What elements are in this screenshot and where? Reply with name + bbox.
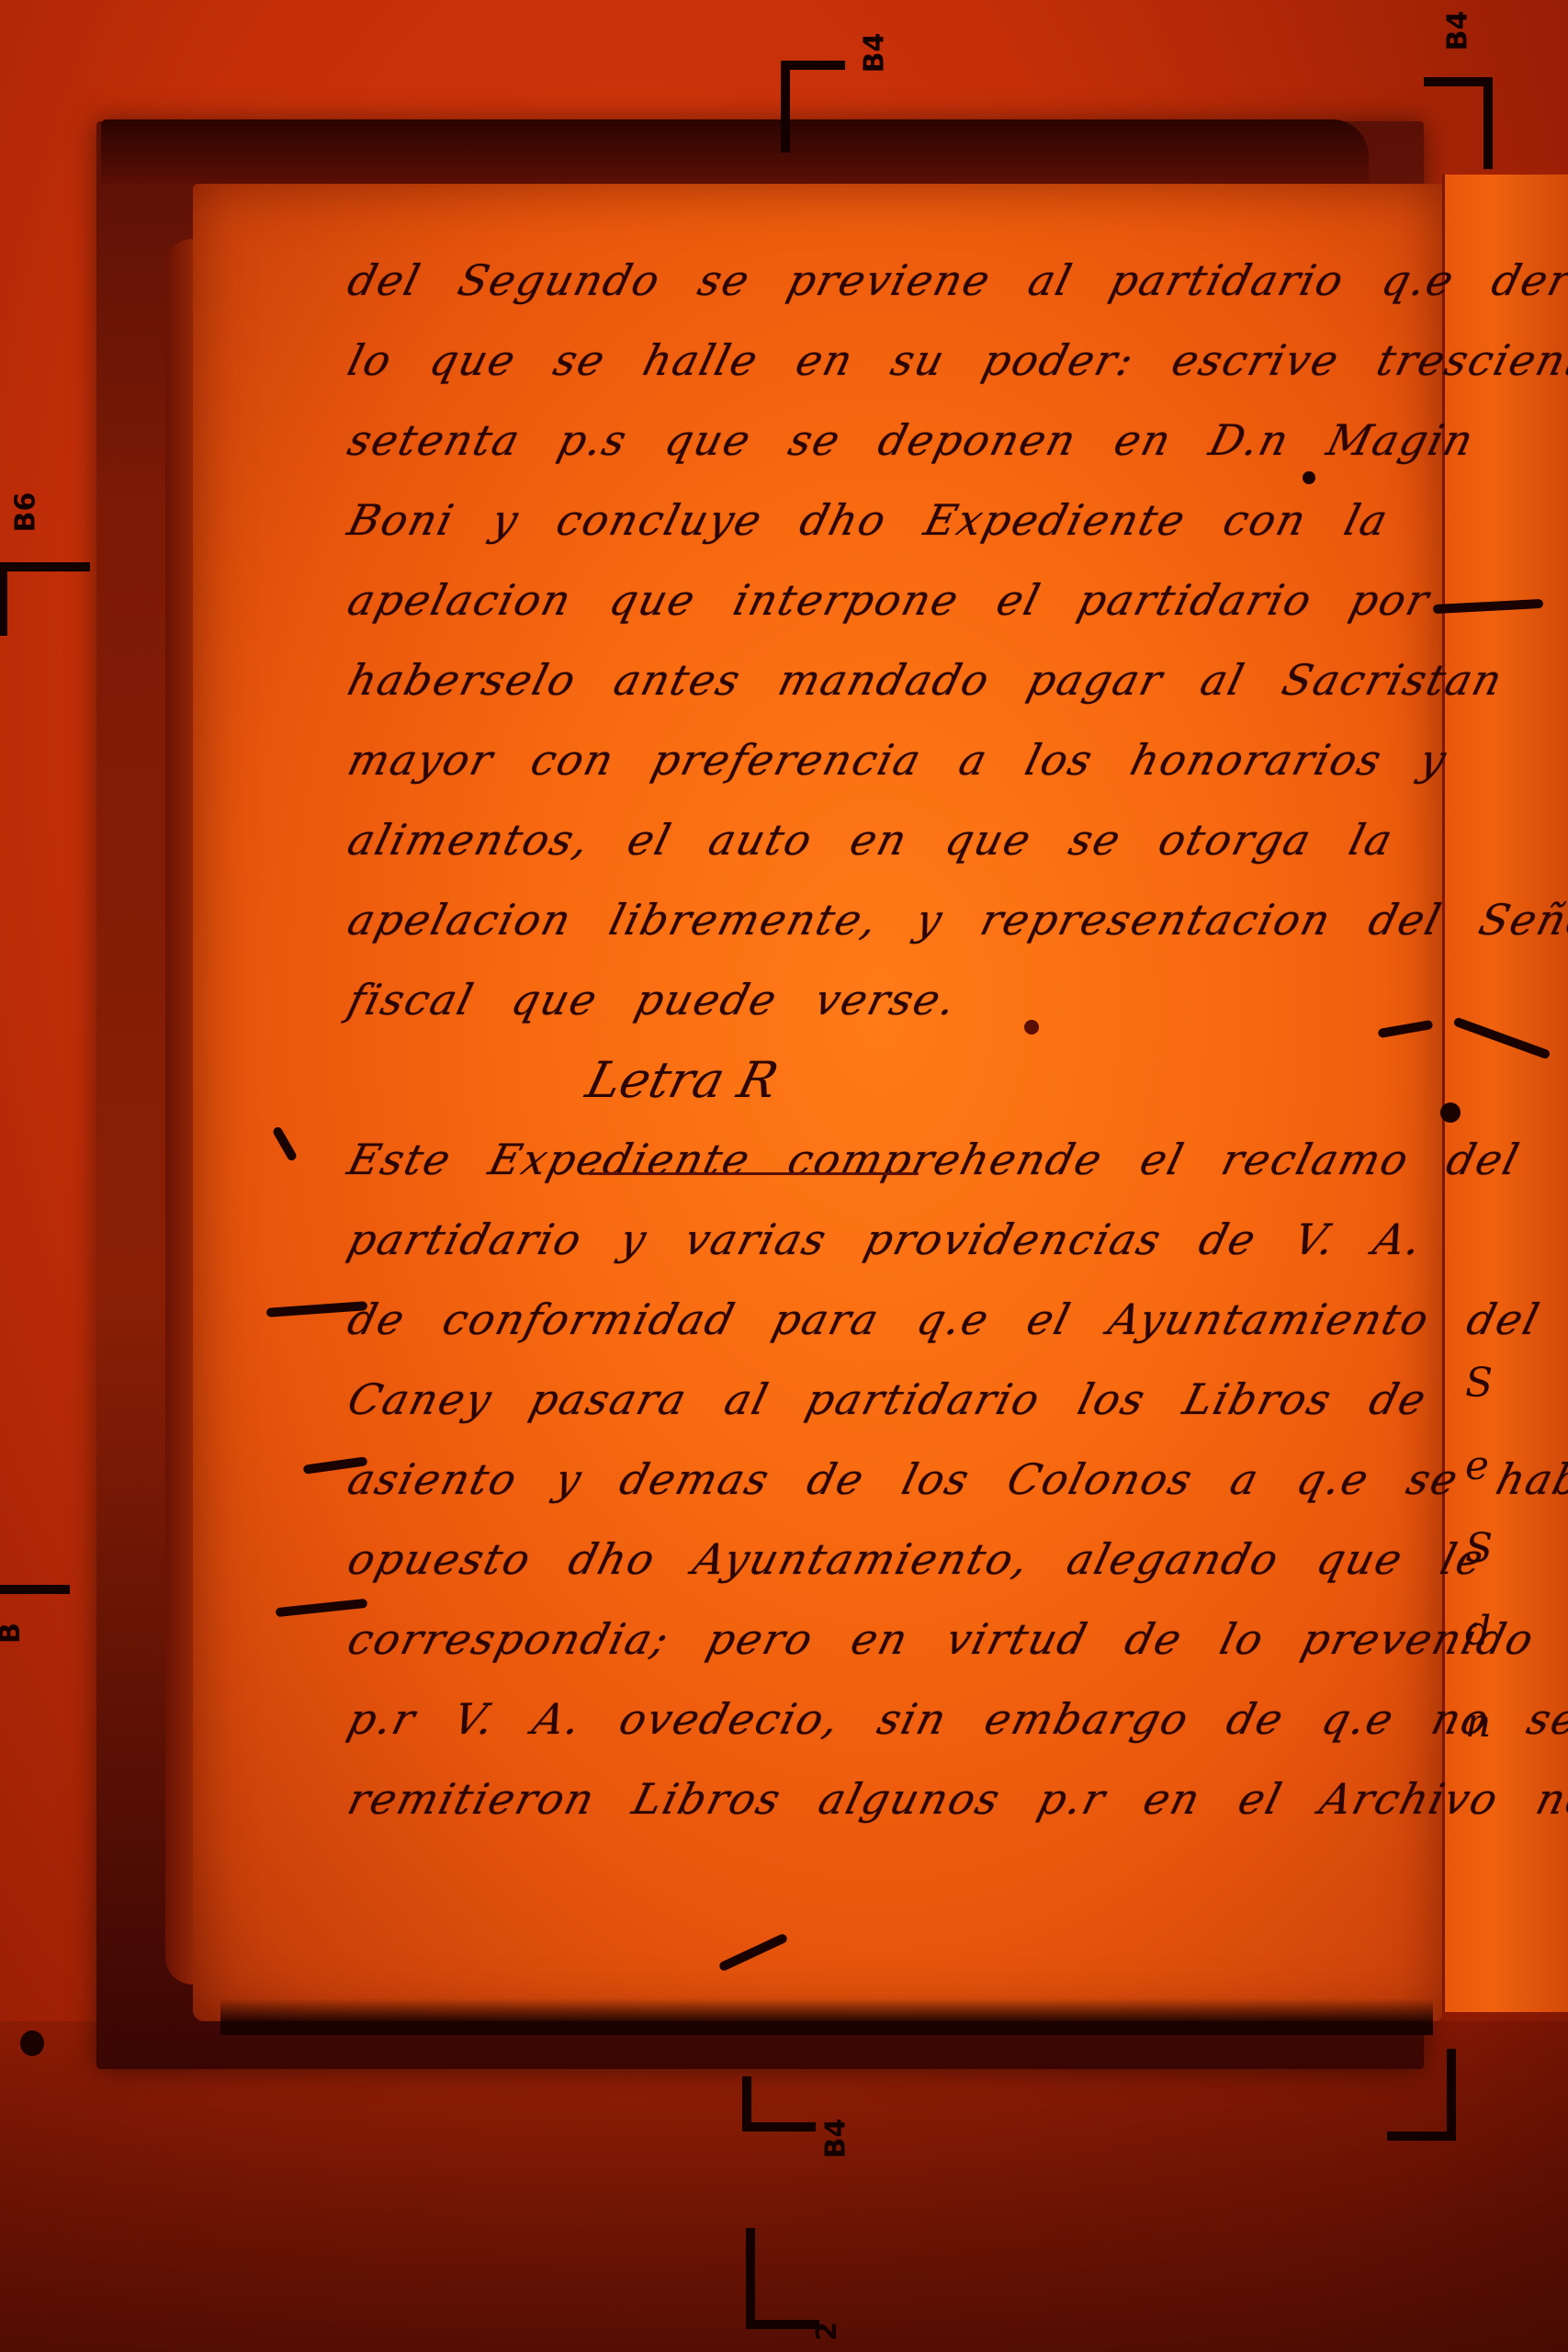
manuscript-line: Boni y concluye dho Expediente con la	[339, 481, 1434, 560]
manuscript-line: lo que se halle en su poder: escrive tre…	[339, 321, 1434, 401]
manuscript-line: mayor con preferencia a los honorarios y	[339, 720, 1434, 800]
crop-mark-label: B6	[9, 492, 41, 533]
crop-mark-bottom-lower	[746, 2228, 819, 2329]
manuscript-line: alimentos, el auto en que se otorga la	[339, 800, 1434, 880]
mounting-board-top-edge	[101, 119, 1369, 184]
manuscript-text: del Segundo se previene al partidario q.…	[349, 241, 1424, 1839]
crop-mark-left-upper	[0, 562, 90, 636]
crop-mark-bottom-center	[742, 2076, 816, 2131]
section-heading: Letra R	[339, 1040, 1434, 1120]
manuscript-line: partidario y varias providencias de V. A…	[339, 1200, 1434, 1280]
manuscript-line: del Segundo se previene al partidario q.…	[339, 241, 1434, 321]
manuscript-line: correspondia; pero en virtud de lo preve…	[339, 1600, 1434, 1679]
heading-underline	[588, 1172, 919, 1175]
facing-page-fragment: e	[1465, 1442, 1489, 1489]
facing-page-fragment: S	[1465, 1360, 1493, 1407]
crop-mark-label: 2	[811, 2322, 843, 2341]
crop-mark-label: B4	[1441, 11, 1473, 51]
manuscript-line: p.r V. A. ovedecio, sin embargo de q.e n…	[339, 1679, 1434, 1759]
facing-page-fragment: d	[1465, 1608, 1491, 1655]
crop-mark-label: B	[0, 1623, 27, 1644]
manuscript-line: setenta p.s que se deponen en D.n Magin	[339, 401, 1434, 481]
manuscript-line: asiento y demas de los Colonos a q.e se …	[339, 1440, 1434, 1520]
manuscript-line: remitieron Libros algunos p.r en el Arch…	[339, 1759, 1434, 1839]
crop-mark-bottom-right	[1387, 2049, 1456, 2141]
film-punch-hole	[20, 2030, 44, 2056]
manuscript-line: haberselo antes mandado pagar al Sacrist…	[339, 640, 1434, 720]
ink-blot	[1024, 1020, 1039, 1035]
facing-page-fragment: n	[1465, 1700, 1491, 1747]
facing-page-fragment: S	[1465, 1525, 1493, 1572]
manuscript-line: apelacion que interpone el partidario po…	[339, 560, 1434, 640]
ink-blot	[1303, 471, 1315, 484]
crop-mark-left-lower	[0, 1585, 70, 1603]
folio-bottom-edge	[220, 1998, 1433, 2035]
crop-mark-top-center	[781, 61, 845, 153]
manuscript-line: fiscal que puede verse.	[339, 960, 1434, 1040]
crop-mark-label: B4	[858, 33, 890, 73]
manuscript-line: de conformidad para q.e el Ayuntamiento …	[339, 1280, 1434, 1360]
manuscript-line: Este Expediente comprehende el reclamo d…	[339, 1120, 1434, 1200]
crop-mark-top-right	[1424, 77, 1493, 169]
manuscript-line: opuesto dho Ayuntamiento, alegando que l…	[339, 1520, 1434, 1600]
crop-mark-label: B4	[819, 2119, 852, 2159]
ink-blot	[1440, 1102, 1461, 1123]
manuscript-line: Caney pasara al partidario los Libros de	[339, 1360, 1434, 1440]
manuscript-line: apelacion libremente, y representacion d…	[339, 880, 1434, 960]
